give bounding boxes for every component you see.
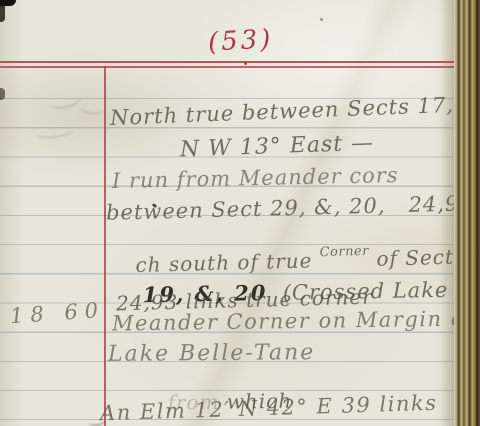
handwritten-line-3: I run from Meander cors (112, 165, 399, 192)
notebook-page-scan: (53) North true between Sects 17, &, 18 … (0, 0, 480, 426)
book-page-edges (454, 0, 480, 426)
handwritten-line-2: N W 13° East — (180, 133, 375, 162)
red-ink-dot (244, 62, 247, 65)
page-number: (53) (207, 24, 274, 57)
ghost-writing (77, 98, 107, 116)
header-red-rule-bottom (0, 66, 474, 68)
ink-speck (320, 18, 323, 21)
page-curve-shadow (440, 0, 454, 426)
corner-dark-mark (0, 0, 5, 22)
ghost-writing (33, 122, 74, 140)
interlinear-insertion-word: Corner (319, 245, 369, 259)
handwritten-line-9: Lake Belle-Tane (108, 342, 315, 366)
margin-entry: 18 60 (9, 300, 105, 328)
header-red-rule-top (0, 61, 474, 63)
handwritten-line-1: North true between Sects 17, &, 18 (110, 92, 480, 129)
handwritten-line-8: Meander Corner on Margin of (112, 308, 474, 334)
handwritten-line-4: between Sect 29, &, 20, 24,93 (106, 193, 474, 224)
left-edge-dark-wedge (0, 88, 5, 100)
